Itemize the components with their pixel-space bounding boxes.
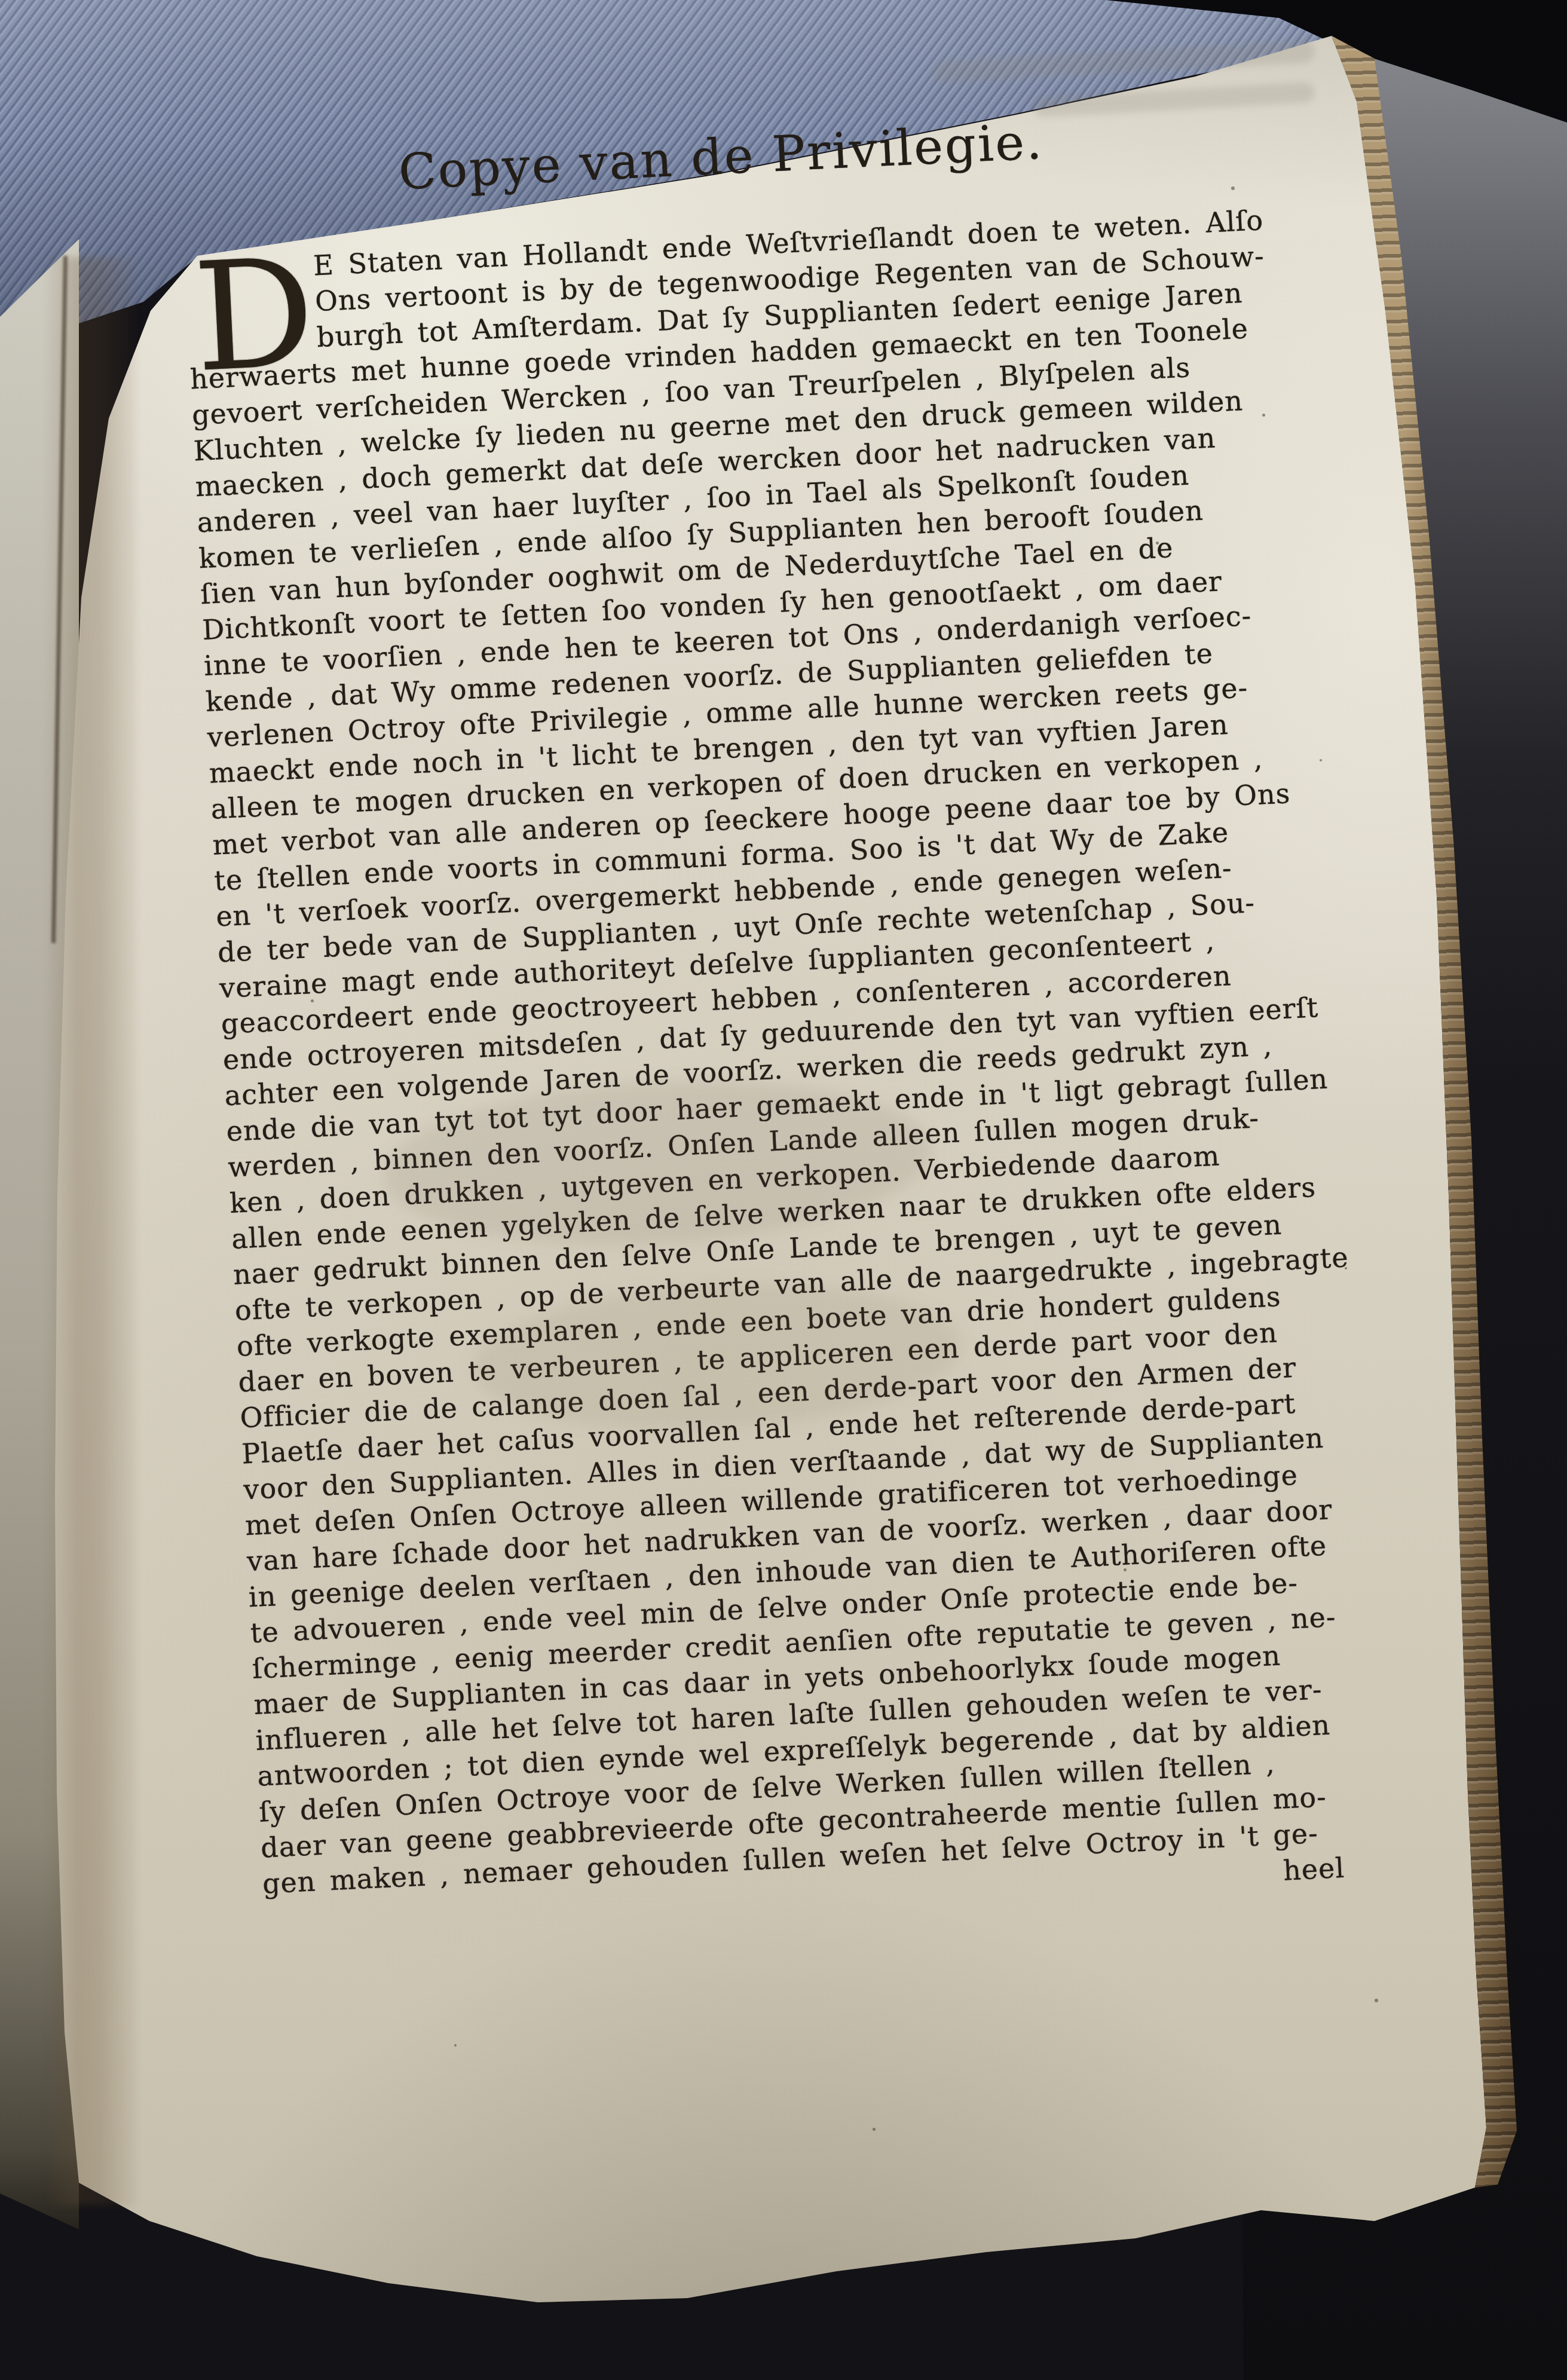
printed-text-block: Copye van de Privilegie. D E Staten van … bbox=[179, 97, 1425, 2093]
text-lines: E Staten van Hollandt ende Weſtvrieſland… bbox=[184, 198, 1415, 1901]
privilege-text: D E Staten van Hollandt ende Weſtvrieſla… bbox=[184, 198, 1417, 1937]
drop-cap: D bbox=[191, 252, 317, 380]
book-photo: Copye van de Privilegie. D E Staten van … bbox=[0, 0, 1567, 2380]
foxing-speck bbox=[873, 2128, 876, 2131]
